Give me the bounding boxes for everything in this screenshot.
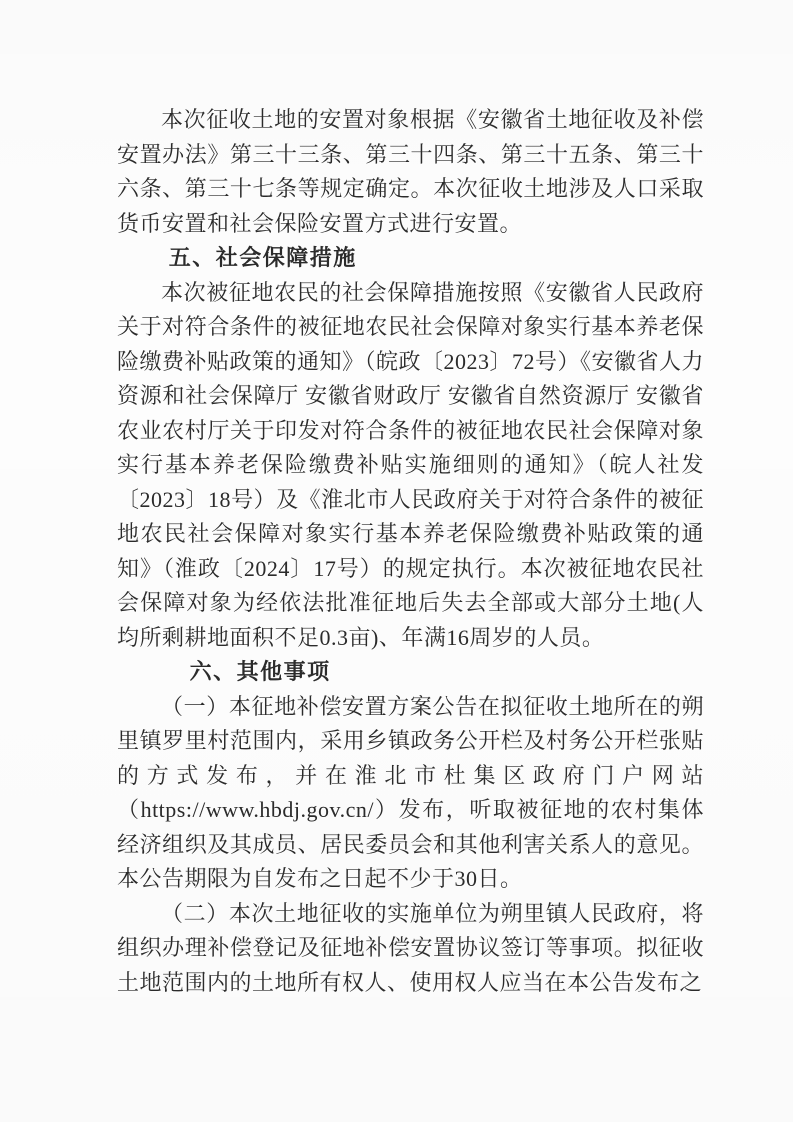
document-text-block: 本次征收土地的安置对象根据《安徽省土地征收及补偿安置办法》第三十三条、第三十四条…	[117, 103, 704, 1000]
paragraph-other-matters-item-2: （二）本次土地征收的实施单位为朔里镇人民政府，将组织办理补偿登记及征地补偿安置协…	[117, 897, 704, 1001]
scanned-document-page: 本次征收土地的安置对象根据《安徽省土地征收及补偿安置办法》第三十三条、第三十四条…	[0, 0, 793, 1122]
heading-other-matters: 六、其他事项	[117, 655, 704, 690]
paragraph-other-matters-item-1: （一）本征地补偿安置方案公告在拟征收土地所在的朔里镇罗里村范围内，采用乡镇政务公…	[117, 690, 704, 897]
paragraph-resettlement-basis: 本次征收土地的安置对象根据《安徽省土地征收及补偿安置办法》第三十三条、第三十四条…	[117, 103, 704, 241]
heading-social-security-measures: 五、社会保障措施	[117, 241, 704, 276]
paragraph-social-security-measures: 本次被征地农民的社会保障措施按照《安徽省人民政府关于对符合条件的被征地农民社会保…	[117, 276, 704, 656]
